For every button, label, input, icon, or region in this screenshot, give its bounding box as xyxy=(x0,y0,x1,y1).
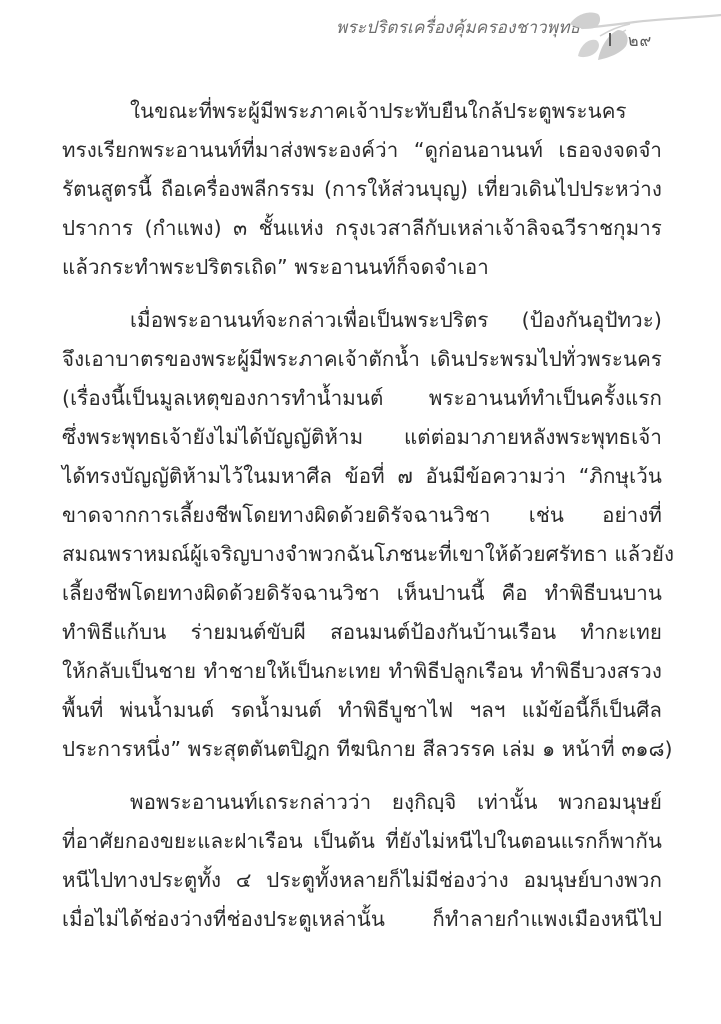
text-line: ปราการ (กำแพง) ๓ ชั้นแห่ง กรุงเวสาลีกับเ… xyxy=(62,209,662,248)
text-line: หนีไปทางประตูทั้ง ๔ ประตูทั้งหลายก็ไม่มี… xyxy=(62,861,662,900)
text-line: ซึ่งพระพุทธเจ้ายังไม่ได้บัญญัติห้าม แต่ต… xyxy=(62,418,662,457)
body-text: ในขณะที่พระผู้มีพระภาคเจ้าประทับยืนใกล้ป… xyxy=(62,92,662,953)
text-line: สมณพราหมณ์ผู้เจริญบางจำพวกฉันโภชนะที่เขา… xyxy=(62,535,662,574)
paragraph-1: ในขณะที่พระผู้มีพระภาคเจ้าประทับยืนใกล้ป… xyxy=(62,92,662,287)
text-line: ทรงเรียกพระอานนท์ที่มาส่งพระองค์ว่า “ดูก… xyxy=(62,131,662,170)
text-line: พื้นที่ พ่นน้ำมนต์ รดน้ำมนต์ ทำพิธีบูชาไ… xyxy=(62,691,662,730)
text-line: พอพระอานนท์เถระกล่าวว่า ยงฺกิญฺจิ เท่านั… xyxy=(62,783,662,822)
text-line: เมื่อไม่ได้ช่องว่างที่ช่องประตูเหล่านั้น… xyxy=(62,900,662,939)
text-line: ทำพิธีแก้บน ร่ายมนต์ขับผี สอนมนต์ป้องกัน… xyxy=(62,613,662,652)
text-line: ขาดจากการเลี้ยงชีพโดยทางผิดด้วยดิรัจฉานว… xyxy=(62,496,662,535)
running-header-title: พระปริตรเครื่องคุ้มครองชาวพุทธ xyxy=(336,14,580,41)
header-divider xyxy=(609,33,611,46)
text-line: จึงเอาบาตรของพระผู้มีพระภาคเจ้าตักน้ำ เด… xyxy=(62,340,662,379)
paragraph-3: พอพระอานนท์เถระกล่าวว่า ยงฺกิญฺจิ เท่านั… xyxy=(62,783,662,939)
page-header: พระปริตรเครื่องคุ้มครองชาวพุทธ ๒๙ xyxy=(0,0,721,80)
text-line: เมื่อพระอานนท์จะกล่าวเพื่อเป็นพระปริตร (… xyxy=(62,301,662,340)
text-line: (เรื่องนี้เป็นมูลเหตุของการทำน้ำมนต์ พระ… xyxy=(62,379,662,418)
paragraph-2: เมื่อพระอานนท์จะกล่าวเพื่อเป็นพระปริตร (… xyxy=(62,301,662,769)
text-line: ในขณะที่พระผู้มีพระภาคเจ้าประทับยืนใกล้ป… xyxy=(62,92,662,131)
text-line: รัตนสูตรนี้ ถือเครื่องพลีกรรม (การให้ส่ว… xyxy=(62,170,662,209)
page-number: ๒๙ xyxy=(628,29,652,54)
text-line: ประการหนึ่ง” พระสุตตันตปิฎก ทีฆนิกาย สีล… xyxy=(62,730,662,769)
text-line: ที่อาศัยกองขยะและฝาเรือน เป็นต้น ที่ยังไ… xyxy=(62,822,662,861)
text-line: ได้ทรงบัญญัติห้ามไว้ในมหาศีล ข้อที่ ๗ อั… xyxy=(62,457,662,496)
text-line: ให้กลับเป็นชาย ทำชายให้เป็นกะเทย ทำพิธีป… xyxy=(62,652,662,691)
text-line: เลี้ยงชีพโดยทางผิดด้วยดิรัจฉานวิชา เห็นป… xyxy=(62,574,662,613)
text-line: แล้วกระทำพระปริตรเถิด” พระอานนท์ก็จดจำเอ… xyxy=(62,248,662,287)
